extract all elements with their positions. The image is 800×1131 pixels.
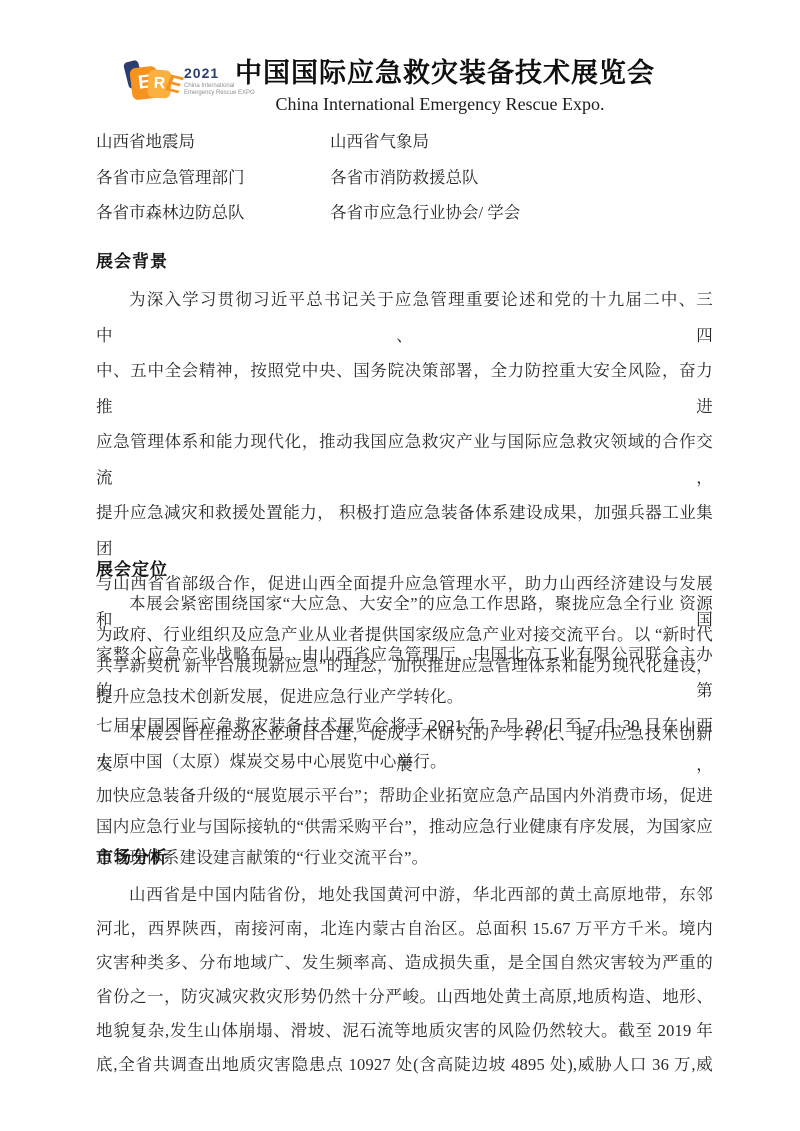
organization-cell: 各省市森林边防总队 (96, 195, 330, 231)
body-line: 提升应急技术创新发展，促进应急行业产学转化。 (96, 681, 713, 712)
body-line: 为政府、行业组织及应急产业从业者提供国家级应急产业对接交流平台。以 “新时代 (96, 619, 713, 650)
section-heading: 市场分析 (96, 846, 713, 870)
body-line: 省份之一，防灾减灾救灾形势仍然十分严峻。山西地处黄土高原,地质构造、地形、 (96, 980, 713, 1014)
header-title-block: 中国国际应急救灾装备技术展览会 China International Emer… (235, 56, 645, 115)
section-heading: 展会背景 (96, 250, 713, 274)
body-line: 中、五中全会精神，按照党中央、国务院决策部署，全力防控重大安全风险，奋力推进 (96, 353, 713, 424)
body-line: 共享新契机 新平台展现新应急”的理念，加快推进应急管理体系和能力现代化建设， (96, 650, 713, 681)
body-line: 山西省是中国内陆省份，地处我国黄河中游，华北西部的黄土高原地带，东邻 (96, 878, 713, 912)
page-title: 中国国际应急救灾装备技术展览会 (235, 56, 645, 90)
body-line: 为深入学习贯彻习近平总书记关于应急管理重要论述和党的十九届二中、三中、四 (96, 282, 713, 353)
body-line: 底,全省共调查出地质灾害隐患点 10927 处(含高陡边坡 4895 处),威胁… (96, 1048, 713, 1082)
section-exhibition-positioning: 展会定位 本展会紧密围绕国家“大应急、大安全”的应急工作思路，聚拢应急全行业 资… (96, 558, 713, 873)
organization-cell: 各省市应急管理部门 (96, 160, 330, 196)
body-line: 本展会紧密围绕国家“大应急、大安全”的应急工作思路，聚拢应急全行业 资源 (96, 588, 713, 619)
body-line: 应急管理体系和能力现代化，推动我国应急救灾产业与国际应急救灾领域的合作交流， (96, 424, 713, 495)
organization-row: 各省市森林边防总队 各省市应急行业协会/ 学会 (96, 195, 716, 231)
expo-logo-icon: E R E (126, 60, 172, 108)
section-market-analysis: 市场分析 山西省是中国内陆省份，地处我国黄河中游，华北西部的黄土高原地带，东邻 … (96, 846, 713, 1082)
page-subtitle: China International Emergency Rescue Exp… (235, 93, 645, 115)
organization-cell: 山西省气象局 (330, 124, 716, 160)
body-line: 国内应急行业与国际接轨的“供需采购平台”，推动应急行业健康有序发展，为国家应 (96, 811, 713, 842)
organization-cell: 各省市应急行业协会/ 学会 (330, 195, 716, 231)
organization-row: 山西省地震局 山西省气象局 (96, 124, 716, 160)
section-heading: 展会定位 (96, 558, 713, 582)
body-line: 灾害种类多、分布地域广、发生频率高、造成损失重，是全国自然灾害较为严重的 (96, 946, 713, 980)
paragraph: 本展会紧密围绕国家“大应急、大安全”的应急工作思路，聚拢应急全行业 资源 为政府… (96, 588, 713, 712)
body-line: 地貌复杂,发生山体崩塌、滑坡、泥石流等地质灾害的风险仍然较大。截至 2019 年 (96, 1014, 713, 1048)
body-line: 河北，西界陕西，南接河南，北连内蒙古自治区。总面积 15.67 万平方千米。境内 (96, 912, 713, 946)
organization-cell: 各省市消防救援总队 (330, 160, 716, 196)
body-line: 加快应急装备升级的“展览展示平台”；帮助企业拓宽应急产品国内外消费市场，促进 (96, 780, 713, 811)
body-line: 提升应急减灾和救援处置能力， 积极打造应急装备体系建设成果，加强兵器工业集团 (96, 495, 713, 566)
paragraph: 山西省是中国内陆省份，地处我国黄河中游，华北西部的黄土高原地带，东邻 河北，西界… (96, 878, 713, 1082)
document-page: E R E 2021 China International Emergency… (0, 0, 800, 1131)
organization-cell: 山西省地震局 (96, 124, 330, 160)
organization-list: 山西省地震局 山西省气象局 各省市应急管理部门 各省市消防救援总队 各省市森林边… (96, 124, 716, 231)
body-line: 本展会旨在推动企业项目合建，促成学术研究的产学转化、提升应急技术创新发展， (96, 718, 713, 780)
organization-row: 各省市应急管理部门 各省市消防救援总队 (96, 160, 716, 196)
